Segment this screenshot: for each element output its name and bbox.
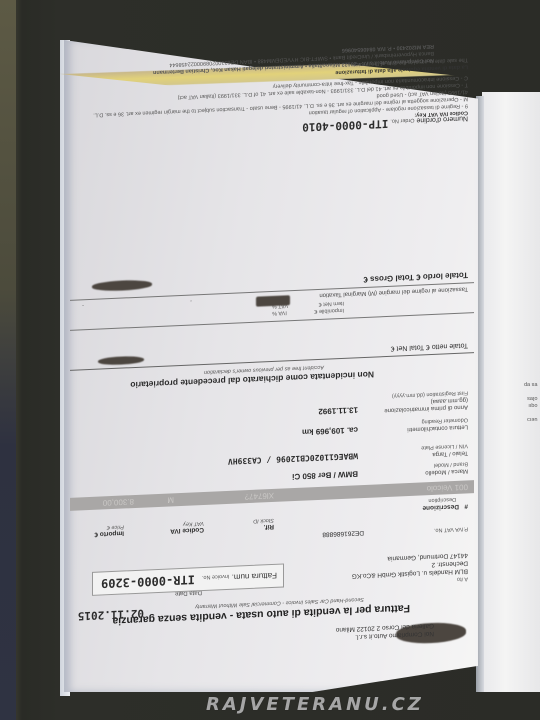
tax-iva: -: [190, 296, 192, 303]
total-gross-label: Totale lordo € Total Gross €: [363, 270, 468, 284]
item-price: 8.300,00: [103, 497, 134, 507]
column-vat-key: Codice IVAVAT Key: [170, 519, 204, 534]
detail-row: Telaio / TargaVIN / License Plate WBAEG1…: [78, 455, 468, 472]
description-header: # Descrizione Description: [422, 494, 468, 511]
column-price: Importo €Price €: [94, 522, 124, 537]
tax-value: -: [82, 301, 84, 308]
item-vat-key: M: [167, 495, 174, 504]
recipient-vat-label: P.IVA VAT No.: [434, 524, 468, 532]
site-watermark: RAJVETERANU.CZ: [206, 694, 424, 715]
invoice-document: Noi Compriamo Auto.it s.r.l. Galleria de…: [70, 51, 474, 689]
item-stock-id: Xl6747?: [245, 491, 274, 501]
redaction-total-net: [98, 356, 144, 366]
item-line: 001 Veicolo: [427, 482, 468, 493]
redaction-total-gross: [92, 279, 152, 292]
adjacent-page-text-snippets: ueıɔoqııoʇɐsɐs ɐp: [524, 380, 537, 422]
background-left-edge: [0, 0, 16, 720]
invoice-number-label: Fattura num. Invoice No.: [202, 570, 277, 583]
invoice-number-box: Fattura num. Invoice No. ITR-0000-3209: [92, 563, 284, 595]
invoice-number: ITR-0000-3209: [101, 572, 195, 590]
recipient-block: A /to BLM Handels u. Logistik GmbH &Co.K…: [352, 550, 468, 586]
detail-row: Lettura contachilometriOdometer Reading …: [78, 429, 468, 446]
recipient-vat: DE261686888: [322, 529, 364, 538]
item-row-band: 001 Veicolo Xl6747? M 8.300,00: [70, 480, 474, 511]
redaction-taxable-amount: [256, 295, 290, 306]
total-net-label: Totale netto € Total Net €: [391, 341, 468, 351]
table-column-headers: Rif.Stock ID Codice IVAVAT Key Importo €…: [74, 530, 274, 539]
column-ref: Rif.Stock ID: [253, 516, 274, 531]
